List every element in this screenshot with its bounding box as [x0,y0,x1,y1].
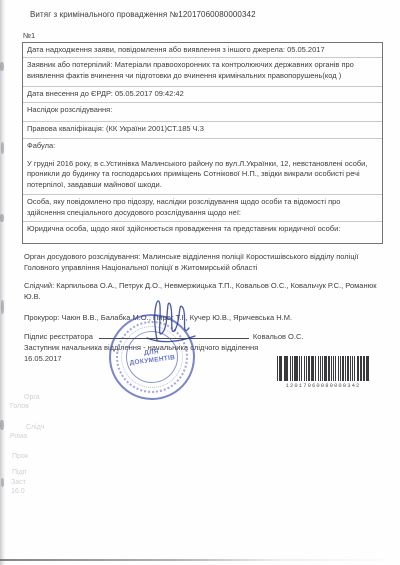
scan-artifact [0,62,4,71]
barcode-digits: 12017060080000342 [277,382,369,389]
table-row-legal-entity: Юридична особа, щодо якої здійснюється п… [23,221,382,243]
investigation-organ: Орган досудового розслідування: Малинськ… [24,251,381,273]
table-row-suspect-info: Особа, яку повідомлено про підозру, насл… [23,194,382,221]
fabula-label: Фабула: [27,141,377,152]
case-fields-table: Дата надходження заяви, повідомлення або… [22,42,383,244]
field-text: Заявник або потерпілий: Матеріали правоо… [27,60,354,80]
table-row-intake-date: Дата надходження заяви, повідомлення або… [23,43,382,57]
signature-block: Орган досудового розслідування: Малинськ… [24,251,381,364]
barcode-bars [277,356,369,381]
registrar-name: Ковальов О.С. [253,332,304,341]
scan-artifact [1,142,4,154]
scan-artifact [1,300,4,314]
table-row-investigation-result: Наслідок розслідування: [23,102,382,121]
scan-artifact [0,214,4,222]
bleed-through-text: 16.0 [11,488,25,495]
page-bottom-edge [0,559,400,561]
field-text: Особа, яку повідомлено про підозру, насл… [27,197,340,217]
scan-artifact [1,478,4,487]
table-row-fabula: Фабула: У грудні 2016 року, в с.Устинівк… [23,138,382,194]
case-barcode: 12017060080000342 [277,356,369,389]
registrar-position: Заступник начальника відділення - началь… [24,342,381,353]
field-text: Дата надходження заяви, повідомлення або… [27,45,325,54]
bleed-through-text: Голов [10,403,29,410]
investigators-list: Слідчий: Карпильова О.А., Петрук Д.О., Н… [24,280,381,302]
record-number: №1 [23,31,35,40]
prosecutors-list: Прокурор: Чаюн В.В., Балабка М.О., Пирог… [24,312,381,323]
bleed-through-text: Прок [12,453,28,460]
field-text: Юридична особа, щодо якої здійснюється п… [27,224,340,233]
registrar-label: Підпис реєстратора [24,332,93,341]
document-title: Витяг з кримінального провадження №12017… [30,10,256,19]
bleed-through-text: Підп [12,469,26,476]
bleed-through-text: Рома [10,433,27,440]
scan-artifact [0,420,4,430]
bleed-through-text: Орга [24,394,40,401]
field-text: Наслідок розслідування: [27,105,112,114]
field-text: Правова кваліфікація: (КК України 2001)С… [27,124,204,133]
bleed-through-text: Слідч [26,424,44,431]
scanned-document-page: Витяг з кримінального провадження №12017… [0,0,400,565]
fabula-text: У грудні 2016 року, в с.Устинівка Малинс… [27,159,367,189]
table-row-legal-qualification: Правова кваліфікація: (КК України 2001)С… [23,121,382,138]
field-text: Дата внесення до ЄРДР: 05.05.2017 09:42:… [27,89,184,98]
signature-underline [99,330,249,339]
bleed-through-text: Заст [11,479,26,486]
table-row-erdr-date: Дата внесення до ЄРДР: 05.05.2017 09:42:… [23,86,382,102]
registrar-signature-line: Підпис реєстратораКовальов О.С. [24,330,381,342]
table-row-applicant: Заявник або потерпілий: Матеріали правоо… [23,57,382,86]
